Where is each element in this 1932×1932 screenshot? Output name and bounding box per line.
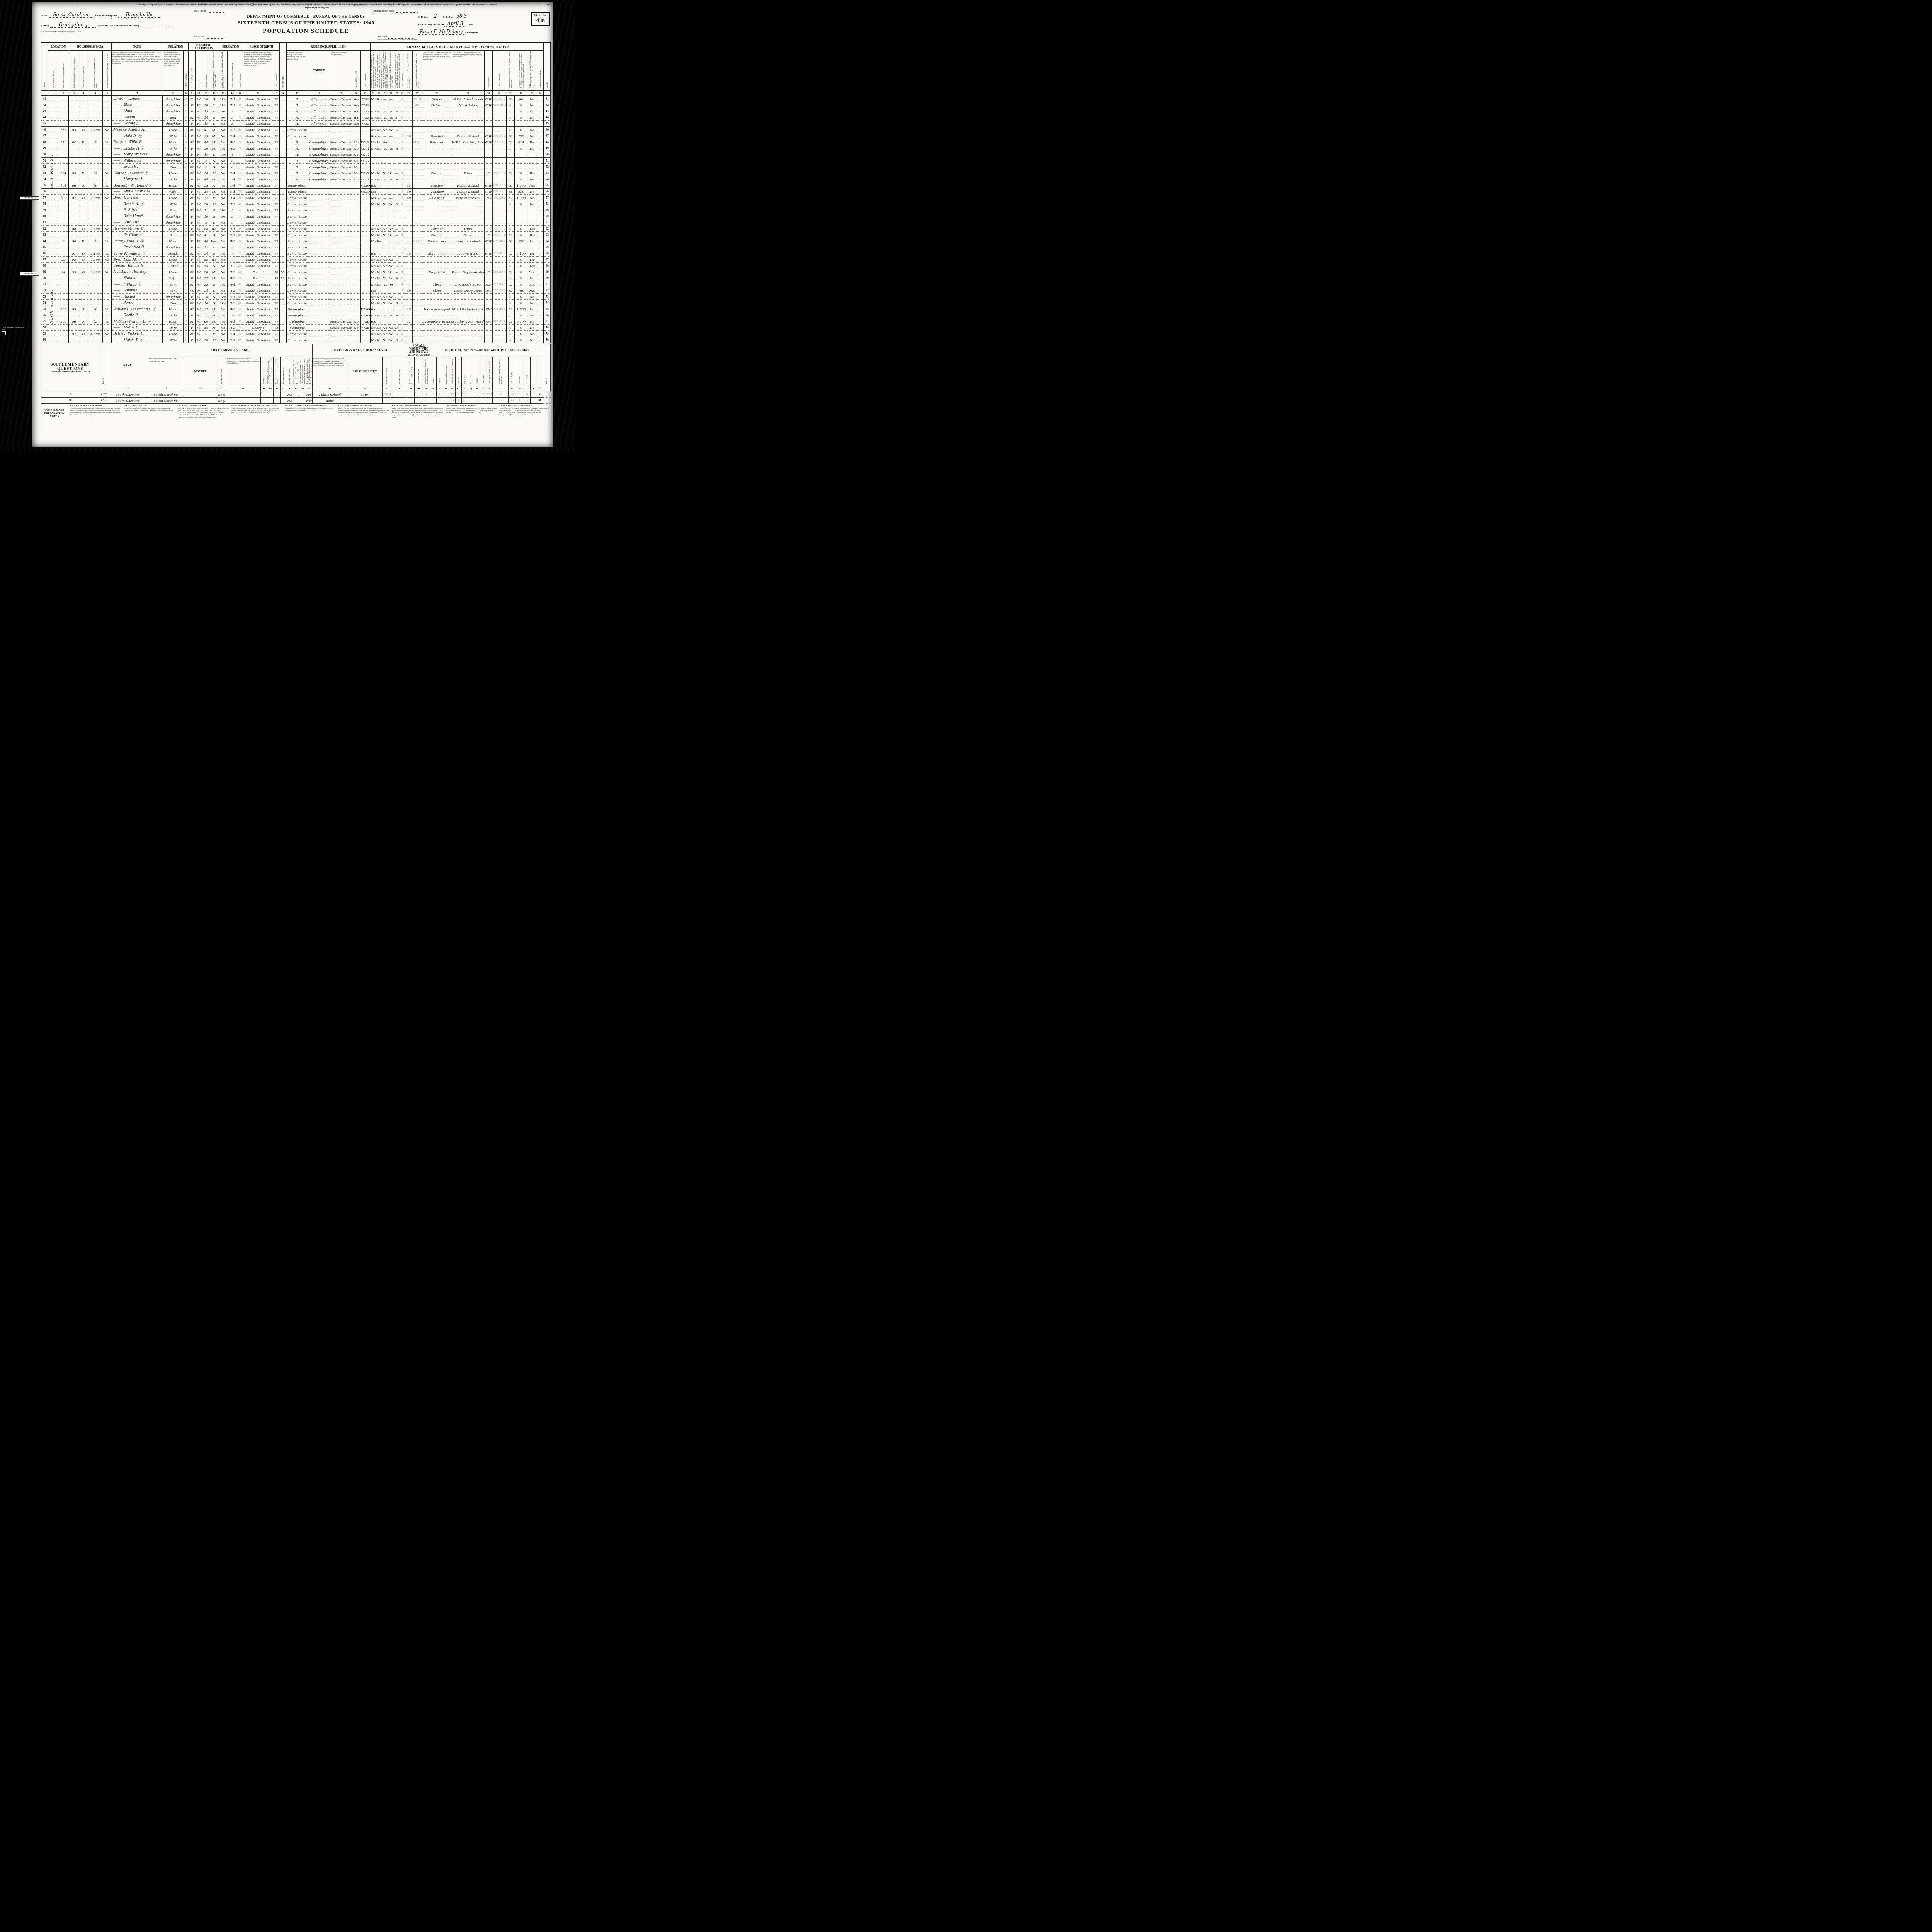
- cell-age: 44: [202, 176, 210, 182]
- cell-d27: [412, 300, 422, 306]
- cell-b: 30: [237, 281, 243, 287]
- cell-street: [48, 108, 58, 114]
- checkbox: [2, 331, 6, 335]
- census-scan: Your report is required by Act of Congre…: [0, 0, 575, 452]
- cell-d: XOV1: [360, 145, 370, 151]
- cell-d: [360, 164, 370, 170]
- cell-occ: [422, 207, 452, 213]
- cell-r19: South Carolina: [330, 102, 352, 108]
- supp-cell: 2: [455, 391, 461, 398]
- column-number: 13: [218, 91, 228, 96]
- cell-name: —— . Viola D. ⓧ: [111, 133, 163, 139]
- cell-ln: 70: [41, 275, 48, 281]
- cell-d: [360, 213, 370, 219]
- supp-cell: [261, 398, 267, 404]
- cell-ten: [79, 121, 88, 127]
- cell-r17: Same house: [286, 219, 308, 226]
- cell-cow: G.W: [484, 182, 492, 189]
- supp-col-number: 50: [422, 386, 430, 391]
- cell-wk: [506, 207, 515, 213]
- cell-r18: [308, 201, 330, 207]
- cell-bp: Poland: [243, 269, 273, 275]
- cell-age: 33: [202, 182, 210, 189]
- cell-farm: No: [103, 318, 111, 325]
- cell-d: 7732: [360, 114, 370, 121]
- cell-c: 77: [273, 139, 280, 145]
- cell-cit: [280, 114, 286, 121]
- cell-ten: [79, 312, 88, 318]
- cell-farm: [103, 244, 111, 250]
- cell-bp: South Carolina: [243, 219, 273, 226]
- cell-mar: S: [210, 250, 218, 257]
- cell-a: 2: [184, 108, 189, 114]
- cell-age: 18: [202, 102, 210, 108]
- cell-hh: [69, 102, 79, 108]
- cell-h26: [405, 294, 412, 300]
- cell-ind: [452, 176, 485, 182]
- cell-age: 70: [202, 337, 210, 343]
- supp-office-14: [531, 357, 537, 386]
- supp-office-6: Gr. com. (B): [468, 357, 474, 386]
- cell-r17: Same house: [286, 127, 308, 133]
- cell-fs: [537, 306, 544, 312]
- cell-w23: [382, 244, 388, 250]
- cell-house: [58, 325, 69, 331]
- cell-cit: [280, 263, 286, 269]
- cell-r19: South Carolina: [330, 145, 352, 151]
- cell-fs: [537, 300, 544, 306]
- cell-w25: [394, 96, 400, 102]
- cell-h26: 48: [405, 306, 412, 312]
- cell-w24: No: [388, 263, 394, 269]
- cell-cow: G.W: [484, 139, 492, 145]
- cell-w21: Yes: [370, 250, 376, 257]
- cell-r17: R.: [286, 145, 308, 151]
- cell-wg: 0: [515, 263, 527, 269]
- cell-bp: South Carolina: [243, 331, 273, 337]
- cell-val: [88, 281, 103, 287]
- have-job-header: If not seeking work, did he HAVE A JOB, …: [388, 51, 394, 91]
- cell-r18: [308, 195, 330, 201]
- cell-oi: No: [527, 145, 537, 151]
- census-title: SIXTEENTH CENSUS OF THE UNITED STATES: 1…: [194, 20, 418, 26]
- cell-mar: M.: [210, 139, 218, 145]
- cell-name: Hooker- Willie F.: [111, 139, 163, 145]
- cell-sex: F: [189, 226, 195, 232]
- cell-f: [493, 325, 506, 331]
- cell-cit: [280, 189, 286, 195]
- birthplace-code-header: CODE (Leave blank): [273, 51, 280, 91]
- cell-wg: [515, 158, 527, 164]
- cell-e: 2: [400, 238, 405, 244]
- cell-r20: No: [352, 139, 360, 145]
- cell-w25: [394, 158, 400, 164]
- cell-h26: [405, 281, 412, 287]
- cell-ind: Farm: [452, 170, 485, 176]
- cell-h26: [405, 158, 412, 164]
- cell-a: 0: [184, 238, 189, 244]
- cell-w24: —: [388, 189, 394, 195]
- cell-r17: Same place: [286, 189, 308, 195]
- cell-oi: No.: [527, 182, 537, 189]
- supp-mother-header: MOTHER: [183, 357, 218, 386]
- cell-d27: [412, 281, 422, 287]
- cell-val: 2,200: [88, 269, 103, 275]
- cell-r18: [308, 300, 330, 306]
- cell-race: W: [195, 263, 202, 269]
- cell-age: 58: [202, 269, 210, 275]
- place-of-birth-group: PLACE OF BIRTH: [243, 43, 280, 51]
- cell-ten: [79, 219, 88, 226]
- cell-a: 2: [184, 121, 189, 127]
- cell-a: 1: [184, 337, 189, 343]
- cell-age: 37: [202, 306, 210, 312]
- cell-b: 10: [237, 263, 243, 269]
- supp-cell: 68: [537, 398, 543, 404]
- cell-oi: No: [527, 102, 537, 108]
- supp-office-15: [537, 357, 543, 386]
- cell-e: 5: [400, 145, 405, 151]
- supp-cell: 0: [493, 398, 509, 404]
- cell-ind: [452, 201, 485, 207]
- cell-cit: [280, 108, 286, 114]
- cell-d27: [412, 257, 422, 263]
- cell-e: [400, 164, 405, 170]
- cell-f: [493, 263, 506, 269]
- cell-cow: [484, 325, 492, 331]
- supp-cell: 5: [524, 398, 530, 404]
- cell-occ: Foreman: [422, 139, 452, 145]
- cell-wg: 0: [515, 300, 527, 306]
- cell-r19: [330, 232, 352, 238]
- cell-bp: Georgia: [243, 325, 273, 331]
- cell-w24: —: [388, 96, 394, 102]
- supp-col-number: 42: [293, 386, 299, 391]
- cell-d27: [412, 219, 422, 226]
- cell-ind: [452, 207, 485, 213]
- supp-cell: [183, 391, 218, 398]
- cell-r20: [352, 189, 360, 195]
- cell-mar: Wd.: [210, 238, 218, 244]
- cell-name: Fairey- Eula D. ⓧ: [111, 238, 163, 244]
- cell-ind: [452, 114, 485, 121]
- cell-f: [493, 312, 506, 318]
- cell-mar: S: [210, 287, 218, 294]
- cell-cit: [280, 287, 286, 294]
- cell-mar: S: [210, 158, 218, 164]
- cell-age: 5: [202, 158, 210, 164]
- cell-ten: R: [79, 182, 88, 189]
- cell-farm: No: [103, 139, 111, 145]
- cell-w22: No: [376, 257, 382, 263]
- cell-wk: [506, 213, 515, 219]
- cell-street: [48, 244, 58, 250]
- cell-wg: 1,763: [515, 306, 527, 312]
- cell-cow: [484, 331, 492, 337]
- cell-wg: [515, 207, 527, 213]
- cell-cit: [280, 133, 286, 139]
- cell-cow: [484, 176, 492, 182]
- cell-hh: [69, 312, 79, 318]
- supp-office-13: Ot. inc. (33): [524, 357, 530, 386]
- cell-b: 7: [237, 257, 243, 263]
- cell-rel: Son.: [163, 281, 183, 287]
- cell-mar: M.: [210, 145, 218, 151]
- cell-occ: Locomotive Engineer: [422, 318, 452, 325]
- cell-h26: 40: [405, 250, 412, 257]
- cell-w21: No: [370, 263, 376, 269]
- cell-mar: Wd: [210, 257, 218, 263]
- cell-sex: M: [189, 300, 195, 306]
- supp-cell: [468, 391, 474, 398]
- cell-race: W: [195, 170, 202, 176]
- cell-h26: [405, 121, 412, 127]
- cell-gr: 7: [228, 250, 237, 257]
- supp-col-number: R: [474, 386, 480, 391]
- cell-e: 1: [400, 318, 405, 325]
- cell-d: XOXO: [360, 312, 370, 318]
- cell-r19: South Carolina: [330, 108, 352, 114]
- cell-a: 0: [184, 195, 189, 201]
- cell-mar: M.: [210, 306, 218, 312]
- cell-hh: [69, 164, 79, 170]
- cell-val: [88, 96, 103, 102]
- cell-w24: No: [388, 325, 394, 331]
- cell-h26: 48: [405, 182, 412, 189]
- cell-fs: [537, 263, 544, 269]
- cell-wk: 0: [506, 114, 515, 121]
- cell-d27: [412, 232, 422, 238]
- cell-d27: [412, 195, 422, 201]
- cell-b: 10: [237, 269, 243, 275]
- cell-bp: South Carolina: [243, 263, 273, 269]
- cell-f: 000 VV 6: [493, 232, 506, 238]
- cell-race: W: [195, 201, 202, 207]
- cell-d: [360, 275, 370, 281]
- cell-r20: Yes: [352, 114, 360, 121]
- cell-w25: S.: [394, 114, 400, 121]
- column-number: 19: [330, 91, 352, 96]
- cell-ln2: 68: [544, 263, 551, 269]
- supp-lineno-right: Line No.: [543, 344, 551, 386]
- cell-occ: Teacher: [422, 133, 452, 139]
- cell-r20: [352, 226, 360, 232]
- cell-hh: 95: [69, 306, 79, 312]
- cell-fs: [537, 201, 544, 207]
- cell-ln2: 60: [544, 213, 551, 219]
- cell-d27: [412, 331, 422, 337]
- cell-c: 77: [273, 201, 280, 207]
- cell-w22: [376, 121, 382, 127]
- cell-ind: Dry goods Store: [452, 281, 485, 287]
- cell-a: 1: [184, 275, 189, 281]
- cell-r19: [330, 226, 352, 232]
- cell-rel: Head: [163, 306, 183, 312]
- cell-r17: R.: [286, 108, 308, 114]
- cell-bp: South Carolina: [243, 164, 273, 170]
- cell-w24: [388, 121, 394, 127]
- cell-ln: 72: [41, 287, 48, 294]
- cell-b: 9: [237, 226, 243, 232]
- cell-c: 77: [273, 294, 280, 300]
- supp-cell: 55: [537, 391, 543, 398]
- cell-hh: 96: [69, 318, 79, 325]
- cell-r17: Columbia: [286, 318, 308, 325]
- cell-ten: R.: [79, 139, 88, 145]
- cell-d27: [412, 201, 422, 207]
- cell-r18: [308, 294, 330, 300]
- cell-farm: No: [103, 250, 111, 257]
- cell-bp: South Carolina: [243, 238, 273, 244]
- supp-cell: [443, 398, 449, 404]
- cell-name: —— . Mary Frances: [111, 151, 163, 158]
- cell-oi: Yes: [527, 139, 537, 145]
- cell-farm: [103, 312, 111, 318]
- film-edge-right: [553, 0, 575, 452]
- schedule-title: POPULATION SCHEDULE: [194, 28, 418, 35]
- column-number: 12: [210, 91, 218, 96]
- incplace-label: Incorporated place: [95, 14, 117, 17]
- cell-e: 1: [400, 195, 405, 201]
- cell-gr: 5: [228, 121, 237, 127]
- cell-sex: F: [189, 263, 195, 269]
- cell-w23: —: [382, 96, 388, 102]
- cell-sch: Yes: [218, 102, 228, 108]
- cell-gr: H-2: [228, 269, 237, 275]
- cell-oi: [527, 121, 537, 127]
- cell-w21: No: [370, 108, 376, 114]
- cell-house: [58, 121, 69, 127]
- cell-ln2: 42: [544, 102, 551, 108]
- name-instructions: Name of each person whose usual place of…: [111, 51, 163, 91]
- cell-h26: [405, 300, 412, 306]
- cell-mar: S.: [210, 102, 218, 108]
- cell-a: 2: [184, 158, 189, 164]
- cell-r19: [330, 312, 352, 318]
- cell-sex: M: [189, 232, 195, 238]
- cell-wg: 0: [515, 127, 527, 133]
- cell-cow: [484, 164, 492, 170]
- cell-w23: No: [382, 226, 388, 232]
- cell-d: [360, 127, 370, 133]
- cell-f: [493, 294, 506, 300]
- cell-h26: 36: [405, 133, 412, 139]
- supp-cell: [293, 398, 299, 404]
- explanatory-note-7: Cols. 30 and 47. CLASS OF WORKER:Wage or…: [446, 405, 497, 418]
- cell-b: 70: [237, 133, 243, 139]
- cell-f: [493, 176, 506, 182]
- cell-r18: [308, 263, 330, 269]
- cell-r17: R.: [286, 151, 308, 158]
- cell-e: [400, 244, 405, 250]
- cell-farm: [103, 337, 111, 343]
- cell-rel: Son.: [163, 207, 183, 213]
- cell-ln2: 69: [544, 269, 551, 275]
- cell-val: [88, 337, 103, 343]
- cell-r18: [308, 269, 330, 275]
- cell-farm: [103, 207, 111, 213]
- cell-d27: [412, 269, 422, 275]
- cell-age: 54: [202, 250, 210, 257]
- cell-cit: [280, 318, 286, 325]
- explanatory-note-8: Col. 41. WAR OR MILITARY SERVICE:World W…: [499, 405, 551, 418]
- cell-race: W: [195, 257, 202, 263]
- cell-hh: [69, 213, 79, 219]
- cell-bp: South Carolina: [243, 232, 273, 238]
- notes-section: SYMBOLS AND EXPLANATORY NOTES Col. 5. VA…: [41, 405, 551, 418]
- cell-occ: Clerk: [422, 281, 452, 287]
- relation-instructions: Relationship of this person to the head …: [163, 51, 183, 91]
- cell-w23: Yes: [382, 139, 388, 145]
- cell-ln2: 79: [544, 331, 551, 337]
- supp-cell: South Carolina: [148, 391, 183, 398]
- cell-ten: [79, 158, 88, 164]
- relation-group: RELATION: [163, 43, 188, 51]
- cell-r19: South Carolina: [330, 325, 352, 331]
- cell-sex: F: [189, 337, 195, 343]
- cell-sex: F: [189, 133, 195, 139]
- cell-ln2: 56: [544, 189, 551, 195]
- cell-ten: [79, 176, 88, 182]
- cell-r17: Same house: [286, 337, 308, 343]
- cell-w23: [382, 164, 388, 170]
- cell-h26: [405, 139, 412, 145]
- cell-hh: 90: [69, 238, 79, 244]
- cell-cit: [280, 127, 286, 133]
- cell-r19: [330, 331, 352, 337]
- cell-ten: [79, 96, 88, 102]
- cell-ln: 73: [41, 294, 48, 300]
- cell-hh: [69, 145, 79, 151]
- cell-sex: F: [189, 275, 195, 281]
- column-number: 33: [527, 91, 537, 96]
- cell-wg: 0: [515, 176, 527, 182]
- cell-val: 5: [88, 238, 103, 244]
- cell-r19: [330, 238, 352, 244]
- cell-gr: H-1: [228, 102, 237, 108]
- cell-occ: Seamstress: [422, 238, 452, 244]
- cell-occ: [422, 151, 452, 158]
- cell-ln: 63: [41, 232, 48, 238]
- cell-wg: 270: [515, 238, 527, 244]
- cell-r19: [330, 244, 352, 250]
- cell-b: 5: [237, 114, 243, 121]
- cell-w21: No: [370, 300, 376, 306]
- cell-gr: 0: [228, 164, 237, 170]
- supp-cell: 2: [430, 391, 437, 398]
- street-north-main: North main St.: [49, 277, 54, 324]
- cell-ten: [79, 232, 88, 238]
- cell-ten: O: [79, 195, 88, 201]
- cell-name: —— . Mattie R ⓧ: [111, 337, 163, 343]
- cell-hh: [69, 158, 79, 164]
- cell-hh: 91: [69, 250, 79, 257]
- cell-r20: [352, 201, 360, 207]
- cell-sch: No: [218, 121, 228, 127]
- cell-bp: South Carolina: [243, 133, 273, 139]
- cell-r20: Yes: [352, 108, 360, 114]
- cell-c: 77: [273, 318, 280, 325]
- supp-cell: 7: [382, 398, 391, 404]
- cell-r17: R.: [286, 158, 308, 164]
- cell-r19: [330, 201, 352, 207]
- cell-fs: [537, 164, 544, 170]
- cell-ln2: 48: [544, 139, 551, 145]
- cell-ten: [79, 263, 88, 269]
- cell-b: 30: [237, 195, 243, 201]
- cell-c: 77: [273, 281, 280, 287]
- cell-d27: [412, 263, 422, 269]
